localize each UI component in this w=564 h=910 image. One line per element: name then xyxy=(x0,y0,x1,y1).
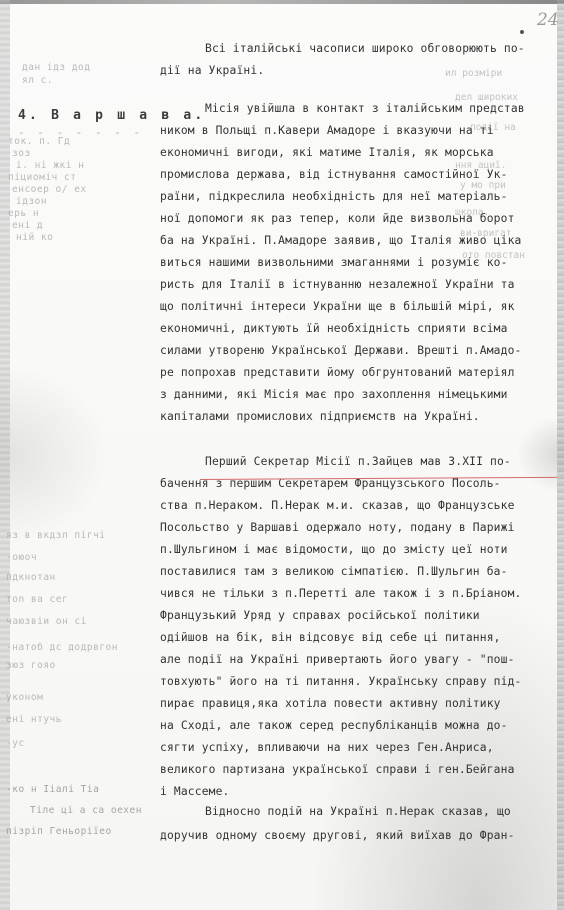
text-line: доручив одному своєму другові, який виїх… xyxy=(160,829,515,842)
text-line: сягти успіху, впливаючи на них через Ген… xyxy=(160,741,494,754)
text-line: ства п.Нераком. П.Нерак м.и. сказав, що … xyxy=(160,499,515,512)
margin-faded-note: енсоер о/ ех xyxy=(12,184,87,195)
margin-faded-note: -ус xyxy=(6,738,25,749)
margin-faded-note: -оюоч xyxy=(6,552,37,563)
margin-faded-note: тоn ва сег xyxy=(6,594,68,605)
text-line: товхують" його на ті питання. Українську… xyxy=(160,675,521,688)
text-line: раїни, підкреслила необхідність для неї … xyxy=(160,190,508,203)
text-line: чився не тільки з п.Перетті але також і … xyxy=(160,587,521,600)
text-line: економичні, диктують їй необхідність спр… xyxy=(160,322,508,335)
scan-right-edge xyxy=(557,0,564,910)
text-line: пирає правиця,яка хотіла повести активну… xyxy=(160,697,501,710)
text-line: на Сході, але також серед республіканців… xyxy=(160,719,508,732)
text-line: одійшов на бік, він відсовує від себе ці… xyxy=(160,631,501,644)
margin-faded-note: ені д xyxy=(12,220,43,231)
text-line: ної допомоги як раз тепер, коли йде визв… xyxy=(160,212,515,225)
text-line: і Массеме. xyxy=(160,785,230,798)
margin-faded-note: пізріп Геньоріїео xyxy=(6,826,112,837)
margin-faded-note: ідзон xyxy=(16,196,47,207)
margin-faded-note: уконом xyxy=(6,692,43,703)
text-line: промислова держава, від істнування самос… xyxy=(160,168,508,181)
margin-faded-note: і. ні жкі н xyxy=(16,160,84,171)
paragraph-first-line: Всі італійські часописи широко обговорюю… xyxy=(205,42,525,55)
margin-faded-note: пдкнотан xyxy=(6,572,56,583)
margin-note: ял с. xyxy=(22,75,53,86)
text-line: Посольство у Варшаві одержало ноту, пода… xyxy=(160,521,515,534)
text-line: ристь для Італії в істнуванню незалежної… xyxy=(160,278,515,291)
handwritten-page-number: 24 xyxy=(537,10,559,30)
margin-faded-note: ток. п. Гд xyxy=(8,136,70,147)
text-line: виться нашими визвольними змаганнями і р… xyxy=(160,256,508,269)
text-line: економичні вигоди, які матиме Італія, як… xyxy=(160,146,494,159)
margin-faded-note: яз в вкдзл пігчі xyxy=(6,530,106,541)
margin-faded-note: -ко н Ііалі Тіа xyxy=(6,784,99,795)
text-line: з данними, які Місія має про захоплення … xyxy=(160,388,508,401)
text-line: п.Шульгином і має відомости, що до зміст… xyxy=(160,543,508,556)
margin-faded-note: піциоміч ст xyxy=(8,172,76,183)
ghost-text: ил розміри xyxy=(445,68,502,79)
text-line: що політичні інтереси України ще в більш… xyxy=(160,300,515,313)
text-line: ре попрохав представити йому обгрунтован… xyxy=(160,366,515,379)
text-line: ба на Україні. П.Амадоре заявив, що Італ… xyxy=(160,234,521,247)
text-line: капіталами промислових підприємств на Ук… xyxy=(160,410,480,423)
paragraph-first-line: Відносно подій на Україні п.Нерак сказав… xyxy=(205,805,511,818)
margin-faded-note: чаюзвіи он сі xyxy=(6,616,87,627)
text-line: силами утвореню Української Держави. Вре… xyxy=(160,344,521,357)
section-heading: 4. В а р ш а в а. xyxy=(18,108,205,123)
margin-faded-note: ені нтучь xyxy=(6,714,62,725)
text-line: ником в Польщі п.Кавери Амадоре і вказую… xyxy=(160,124,494,137)
left-margin: дан ідз дод ял с. 4. В а р ш а в а. - - … xyxy=(0,0,165,910)
text-line: великого партизана української справи і … xyxy=(160,763,515,776)
document-page: 24 дан ідз дод ял с. 4. В а р ш а в а. -… xyxy=(0,0,564,910)
margin-faded-note: -натоб дс додрвгон xyxy=(6,642,118,653)
margin-faded-note: зоз xyxy=(12,148,31,159)
margin-faded-note: Тіле ці а са оехен xyxy=(30,805,142,816)
text-line: але події на Україні привертають його ув… xyxy=(160,653,515,666)
text-line: поставилися там з великою сімпатією. П.Ш… xyxy=(160,565,508,578)
margin-faded-note: ній ко xyxy=(16,232,53,243)
margin-note: дан ідз дод xyxy=(22,62,90,73)
paragraph-first-line: Місія увійшла в контакт з італійським пр… xyxy=(205,102,525,115)
text-line: Французький Уряд у справах російської по… xyxy=(160,609,480,622)
paragraph-first-line: Перший Секретар Місії п.Зайцев мав 3.XII… xyxy=(205,455,511,468)
margin-faded-note: зюз гояо xyxy=(6,660,56,671)
text-line: дії на Україні. xyxy=(160,64,264,77)
margin-faded-note: ерь н xyxy=(8,208,39,219)
ink-dot xyxy=(520,30,524,34)
